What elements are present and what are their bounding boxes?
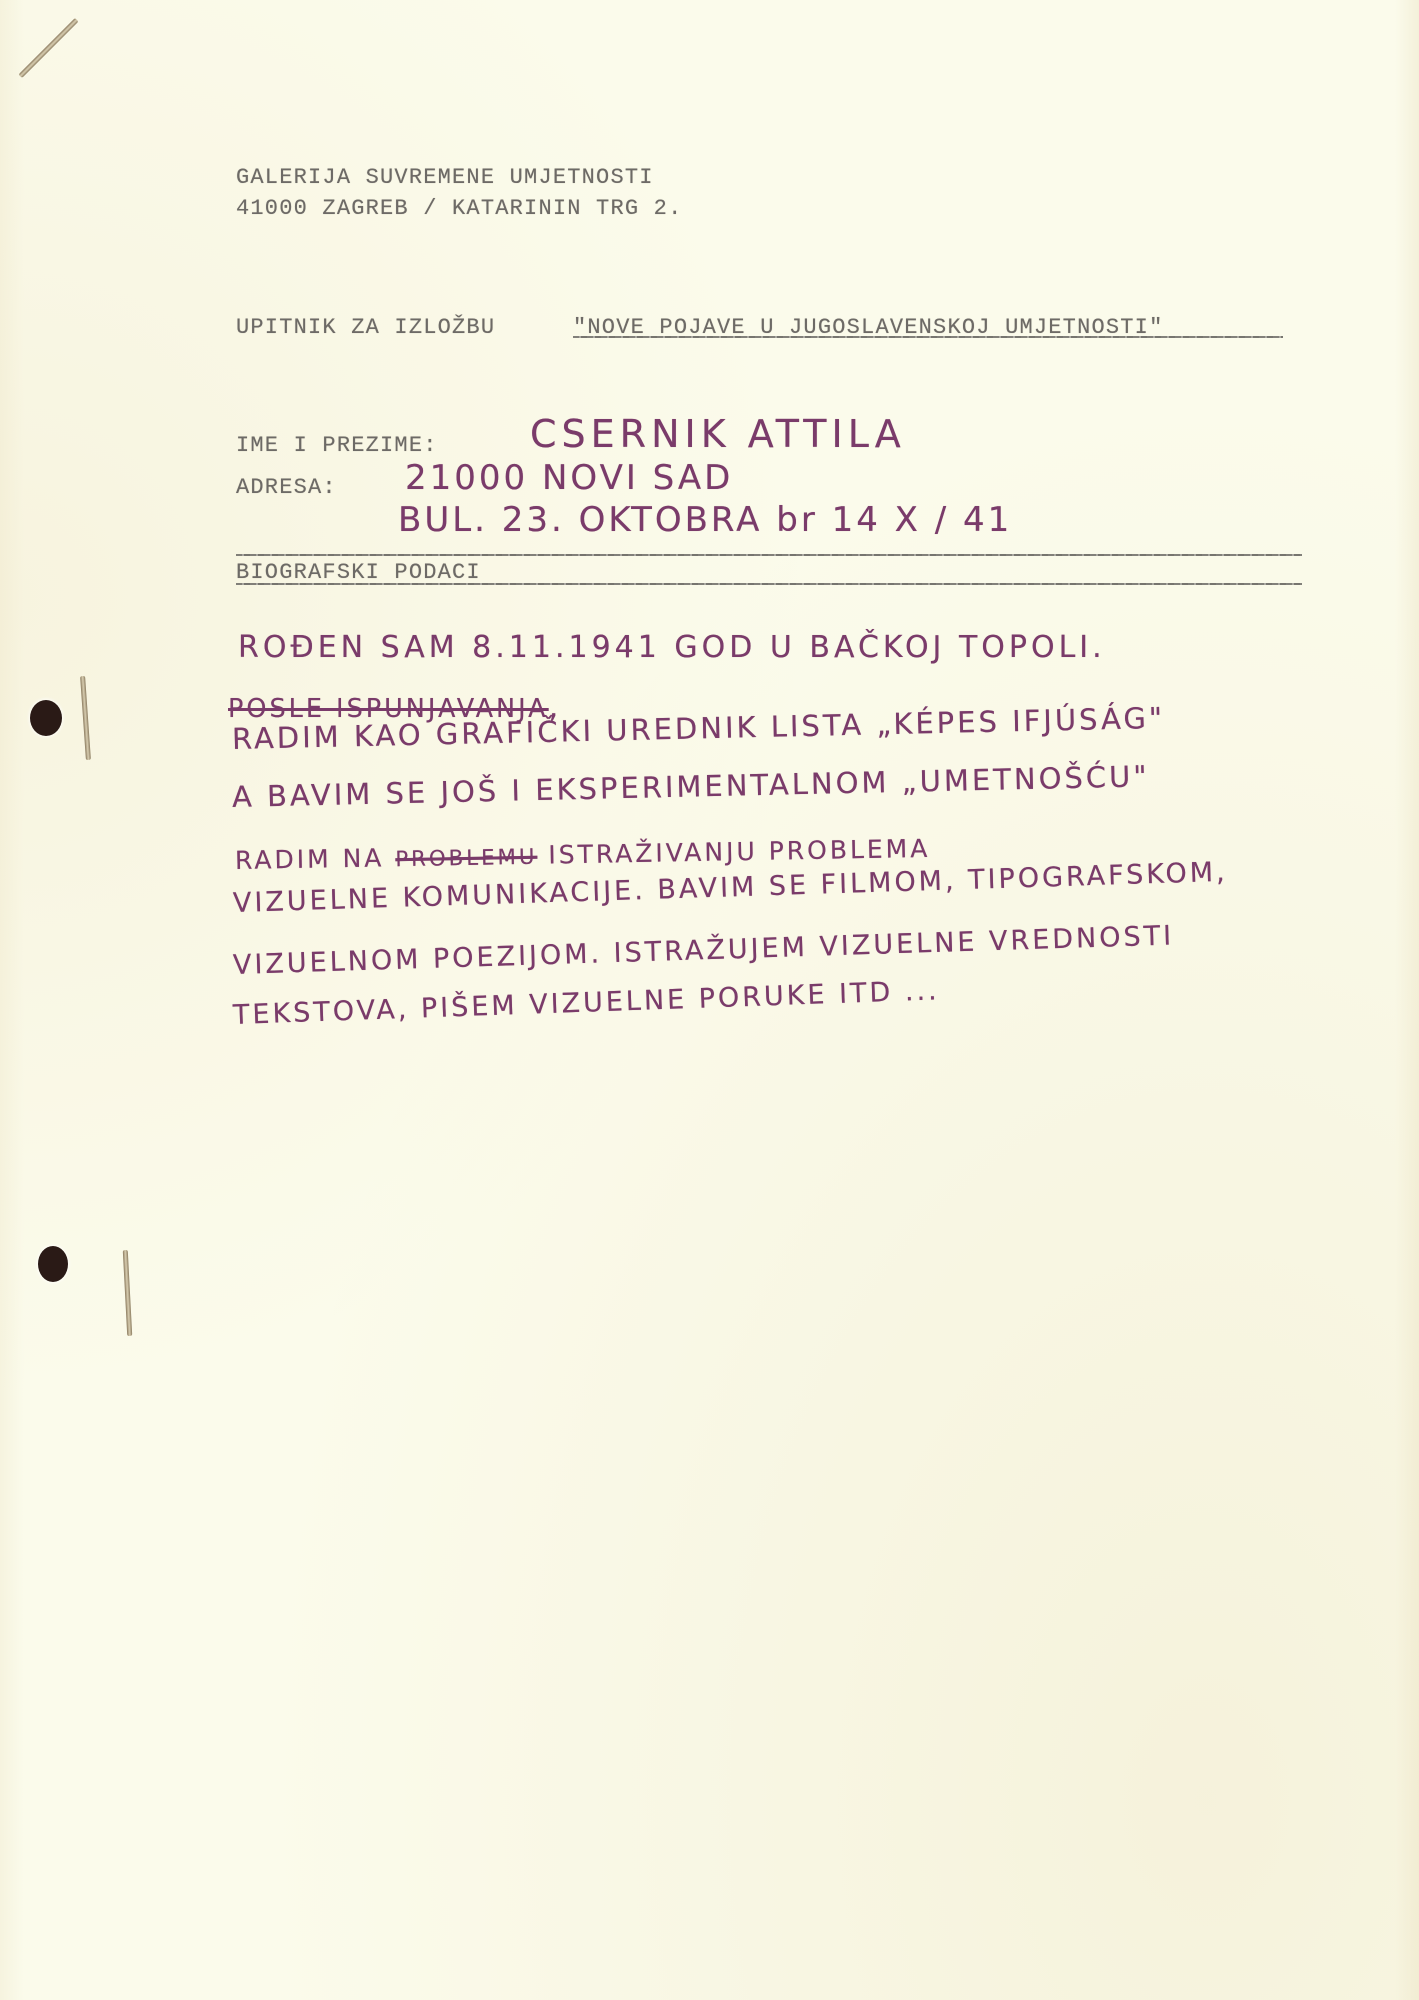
institution-address: 41000 ZAGREB / KATARININ TRG 2. [236, 196, 682, 221]
address-line-1: 21000 NOVI SAD [405, 458, 733, 498]
staple-pin-top [18, 18, 78, 78]
form-title-prefix: UPITNIK ZA IZLOŽBU [236, 315, 495, 340]
bio-line-texts: TEKSTOVA, PIŠEM VIZUELNE PORUKE ITD ... [232, 975, 940, 1031]
address-line-2: BUL. 23. OKTOBRA br 14 X / 41 [398, 500, 1012, 540]
section-title: BIOGRAFSKI PODACI [236, 560, 481, 585]
bio-line-experimental: A BAVIM SE JOŠ I EKSPERIMENTALNOM „UMETN… [232, 759, 1150, 814]
name-value: CSERNIK ATTILA [530, 412, 906, 456]
section-rule-bottom [236, 583, 1302, 585]
research-struck: PROBLEMU [395, 845, 537, 872]
institution-name: GALERIJA SUVREMENE UMJETNOSTI [236, 165, 654, 190]
bio-line-visual-poetry: VIZUELNOM POEZIJOM. ISTRAŽUJEM VIZUELNE … [233, 920, 1175, 981]
name-label: IME I PREZIME: [236, 433, 438, 458]
section-rule-top [236, 554, 1302, 556]
staple-pin-lower [123, 1250, 132, 1336]
title-underline [573, 336, 1283, 338]
address-label: ADRESA: [236, 475, 337, 500]
punch-hole-lower [38, 1246, 68, 1282]
research-end: ISTRAŽIVANJU PROBLEMA [548, 834, 931, 870]
research-start: RADIM NA [235, 843, 385, 875]
punch-hole-upper [30, 700, 62, 736]
bio-line-birth: ROĐEN SAM 8.11.1941 GOD U BAČKOJ TOPOLI. [238, 630, 1106, 665]
staple-pin-upper [80, 676, 91, 760]
